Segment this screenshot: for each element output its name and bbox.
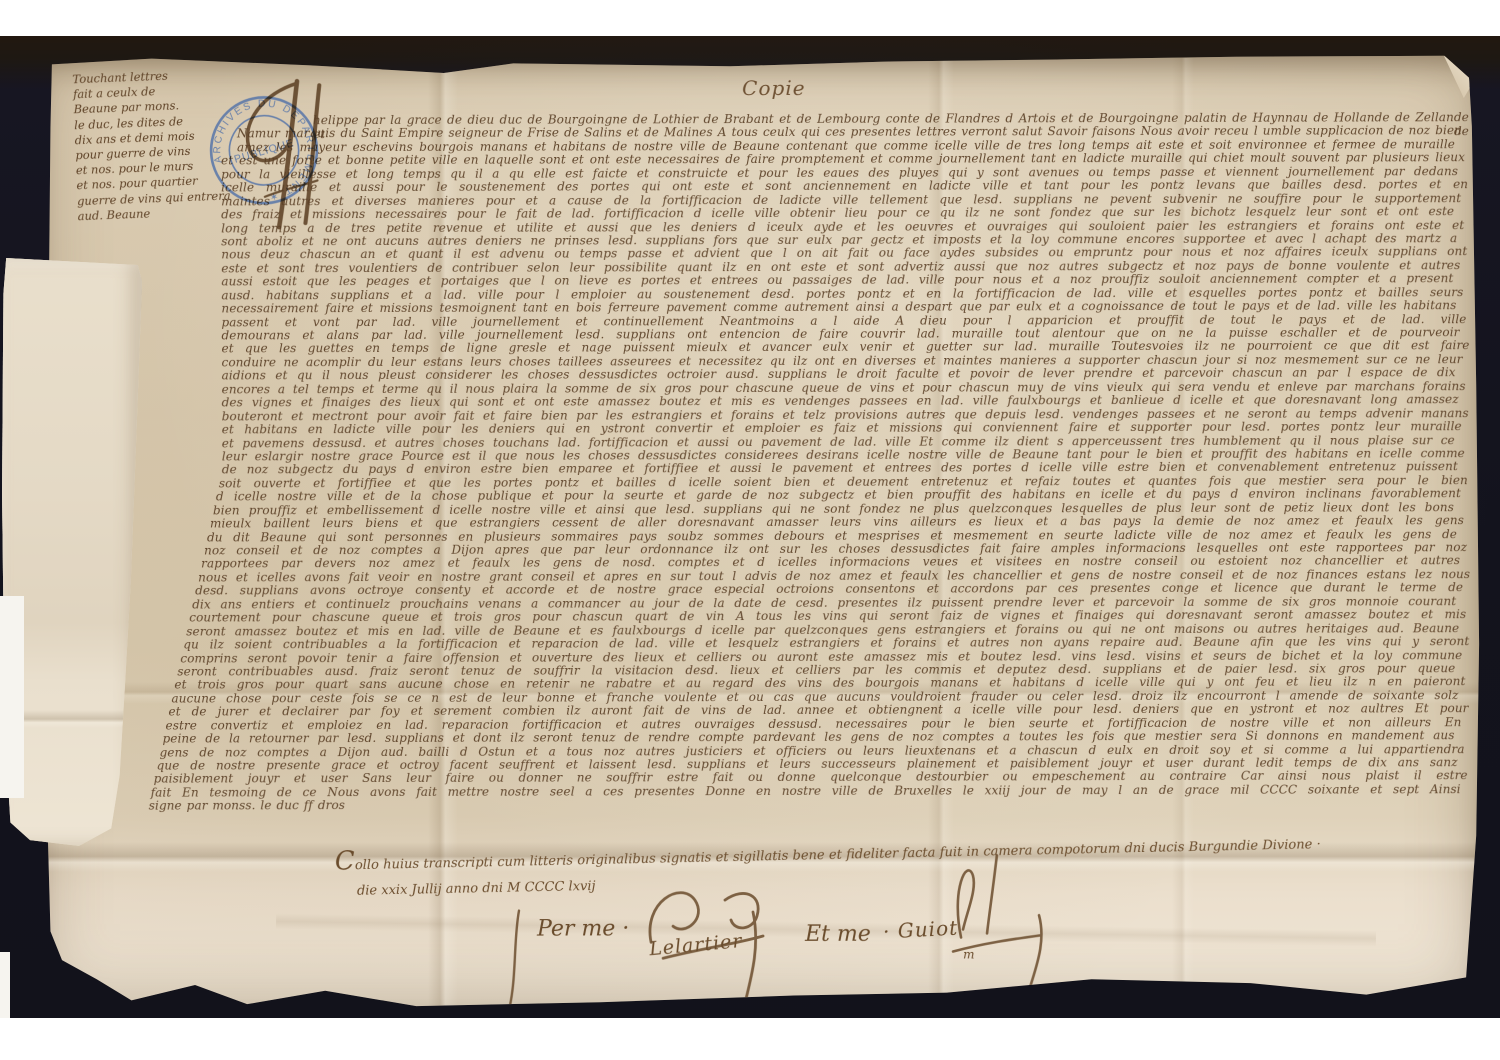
body-line: signe par monss. le duc ff dros xyxy=(149,799,529,813)
scan-gap-white xyxy=(0,596,24,798)
collation-note-line1: Collo huius transcripti cum litteris ori… xyxy=(335,835,1321,874)
signature-sub-letter: m xyxy=(963,947,974,961)
signature-guiot: · Guiot xyxy=(882,916,958,944)
parchment-sheet: Touchant lettresfait a ceulx deBeaune pa… xyxy=(36,50,1482,1008)
et-me-label: Et me xyxy=(805,922,871,947)
per-me-descender-flourish xyxy=(503,903,533,1018)
collation-note-line2: die xxix Jullij anno dni M CCCC lxvij xyxy=(357,878,657,899)
stamp-center-text: PUBLIQUE xyxy=(233,137,296,166)
header-copie: Copie xyxy=(729,76,819,100)
document-text-layer: Touchant lettresfait a ceulx deBeaune pa… xyxy=(35,48,1484,1010)
body-line: fait En tesmoing de ce Nous avons fait m… xyxy=(151,783,1461,800)
manuscript-photo-page: Touchant lettresfait a ceulx deBeaune pa… xyxy=(0,0,1500,1060)
signature-lelartier: Lelartier xyxy=(648,930,743,960)
scan-gap-white xyxy=(0,952,10,1018)
photo-dark-mount: Touchant lettresfait a ceulx deBeaune pa… xyxy=(0,36,1500,1018)
per-me-label: Per me · xyxy=(537,916,629,941)
